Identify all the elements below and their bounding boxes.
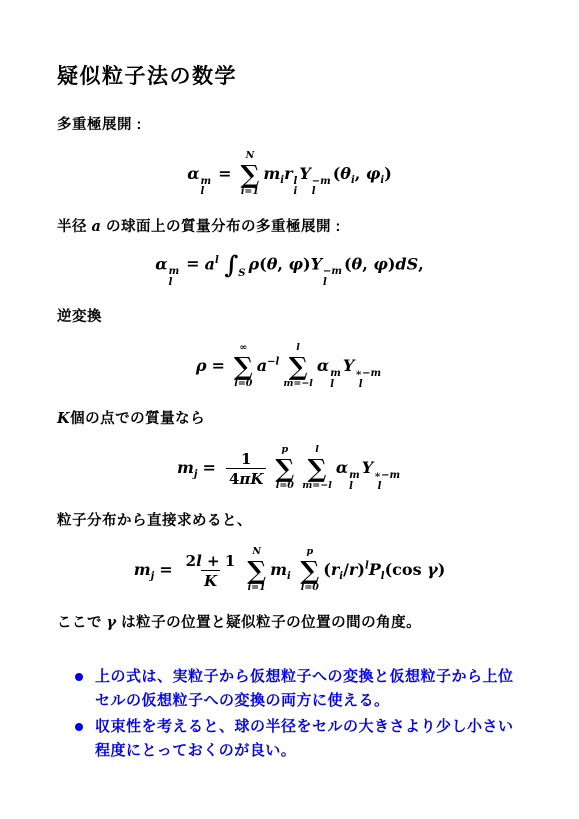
paragraph-gamma-note: ここで γ は粒子の位置と疑似粒子の位置の間の角度。 (57, 611, 522, 632)
paragraph-k-points-label: K個の点での質量なら (57, 407, 522, 428)
paragraph-sphere-mass-label: 半径 a の球面上の質量分布の多重極展開 : (57, 215, 522, 236)
note-item-convergence: 収束性を考えると、球の半径をセルの大きさより少し小さい程度にとっておくのが良い。 (75, 715, 522, 763)
formula-inverse-transform: ρ=∞∑l=0a−ll∑m=−lαmlY∗−m l (57, 343, 522, 390)
formula-sphere-mass-multipole: αml=al ∫Sρ(θ, φ)Y−ml(θ, φ)dS, (57, 253, 522, 289)
formula-multipole-expansion: αml=N∑i=1mirliY−ml(θi, φi) (57, 151, 522, 198)
note-text: 上の式は、実粒子から仮想粒子への変換と仮想粒子から上位セルの仮想粒子への変換の両… (95, 668, 514, 709)
note-text: 収束性を考えると、球の半径をセルの大きさより少し小さい程度にとっておくのが良い。 (95, 718, 514, 759)
bullet-icon (75, 723, 83, 731)
paragraph-inverse-transform-label: 逆変換 (57, 305, 522, 326)
paragraph-direct-label: 粒子分布から直接求めると、 (57, 509, 522, 530)
paragraph-multipole-label: 多重極展開 : (57, 113, 522, 134)
slide-page: 疑似粒子法の数学 多重極展開 : αml=N∑i=1mirliY−ml(θi, … (0, 0, 579, 763)
note-item-conversion: 上の式は、実粒子から仮想粒子への変換と仮想粒子から上位セルの仮想粒子への変換の両… (75, 665, 522, 713)
page-title: 疑似粒子法の数学 (57, 60, 522, 90)
formula-direct-from-particles: mj=2l + 1KN∑i=1mi p∑l=0(ri/r)lPl(cos γ) (57, 547, 522, 594)
formula-mass-at-k-points: mj=14πKp∑l=0l∑m=−lαmlY∗−m l (57, 445, 522, 492)
bullet-icon (75, 673, 83, 681)
notes-list: 上の式は、実粒子から仮想粒子への変換と仮想粒子から上位セルの仮想粒子への変換の両… (57, 665, 522, 763)
